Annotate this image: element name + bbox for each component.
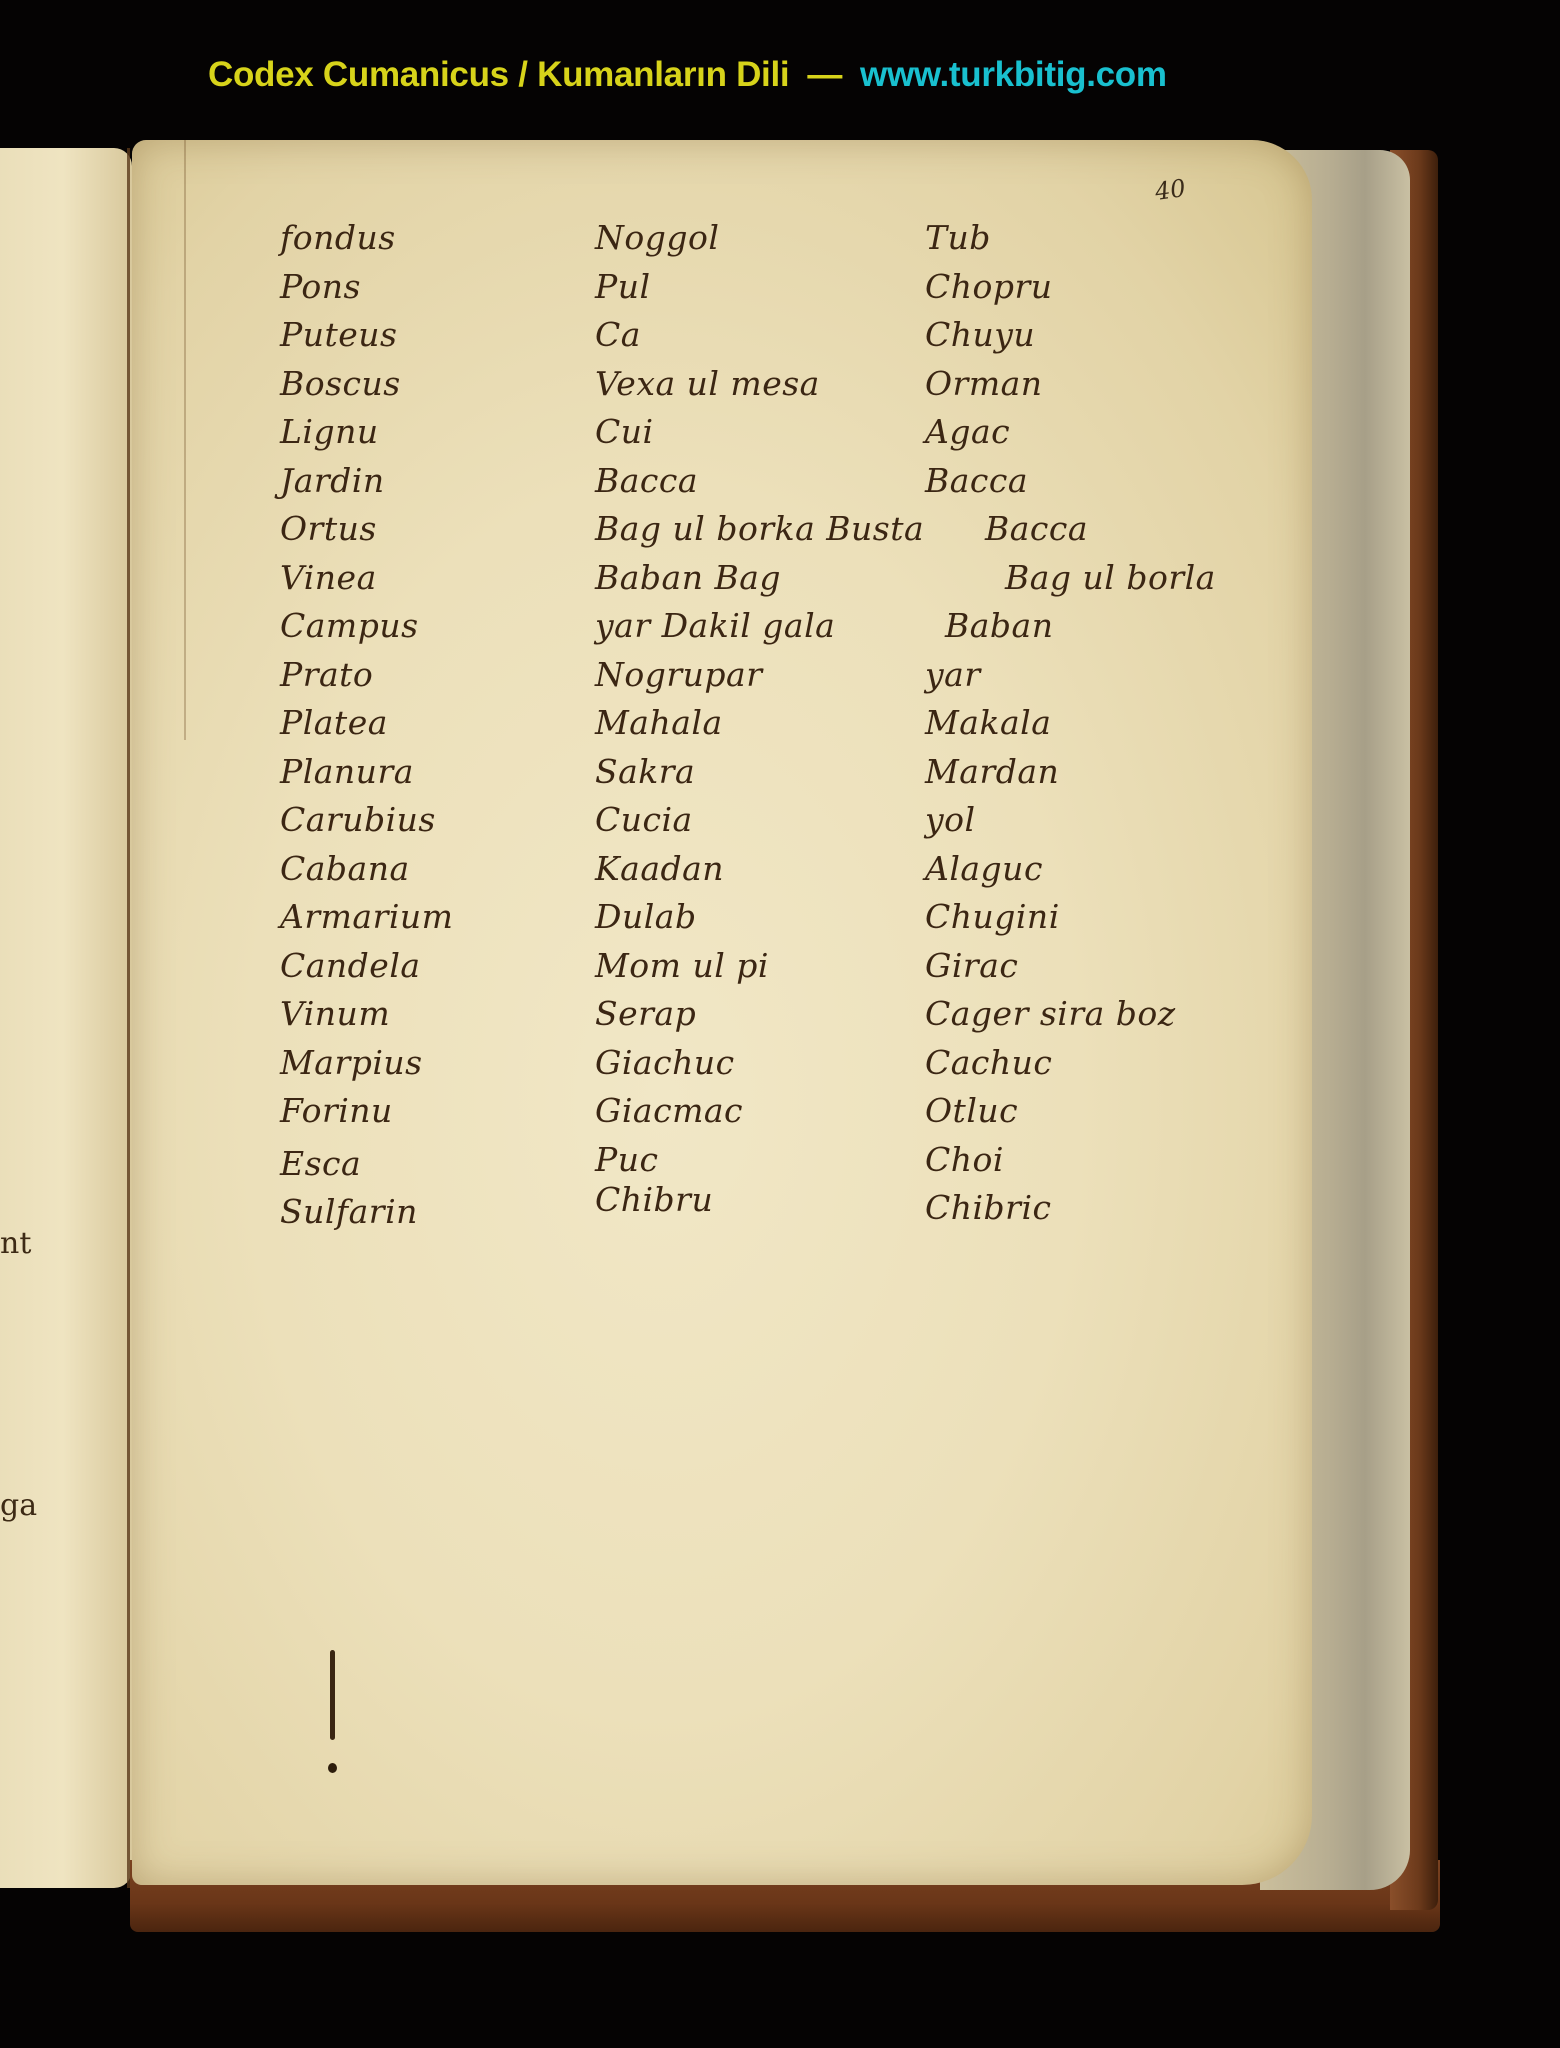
latin-entry: Puteus <box>280 315 397 354</box>
latin-entry: Planura <box>280 752 414 791</box>
ink-dot <box>328 1763 337 1773</box>
left-page-fragment: ga <box>0 1488 37 1523</box>
cuman-entry: Baban <box>945 606 1053 645</box>
latin-entry: fondus <box>280 218 396 257</box>
latin-entry: Cabana <box>280 849 410 888</box>
persian-entry: Nogrupar <box>595 655 762 694</box>
persian-entry: Puc <box>595 1140 658 1179</box>
persian-entry: Cucia <box>595 800 693 839</box>
ink-mark <box>330 1650 335 1740</box>
persian-entry: yar Dakil gala <box>595 606 835 645</box>
latin-entry: Forinu <box>280 1091 393 1130</box>
persian-entry: Chibru <box>595 1180 713 1219</box>
cuman-entry: Makala <box>925 703 1051 742</box>
persian-entry: Cui <box>595 412 654 451</box>
cuman-entry: Alaguc <box>925 849 1043 888</box>
latin-entry: Lignu <box>280 412 379 451</box>
left-page-edge: nt ga <box>0 148 132 1888</box>
manuscript-page: 40 fondusPonsPuteusBoscusLignuJardinOrtu… <box>132 140 1312 1885</box>
latin-entry: Carubius <box>280 800 436 839</box>
cuman-entry: Chuyu <box>925 315 1035 354</box>
latin-entry: Jardin <box>280 461 385 500</box>
latin-entry: Pons <box>280 267 361 306</box>
persian-entry: Ca <box>595 315 641 354</box>
folio-number: 40 <box>1153 174 1187 206</box>
persian-entry: Mahala <box>595 703 723 742</box>
latin-entry: Sulfarin <box>280 1192 418 1231</box>
persian-entry: Dulab <box>595 897 697 936</box>
cuman-entry: Cachuc <box>925 1043 1052 1082</box>
persian-entry: Kaadan <box>595 849 724 888</box>
banner-title: Codex Cumanicus / Kumanların Dili <box>208 55 789 94</box>
persian-entry: Vexa ul mesa <box>595 364 820 403</box>
persian-entry: Pul <box>595 267 651 306</box>
latin-entry: Campus <box>280 606 419 645</box>
latin-entry: Vinum <box>280 994 390 1033</box>
cuman-entry: Cager sira boz <box>925 994 1176 1033</box>
persian-entry: Mom ul pi <box>595 946 769 985</box>
page-fold-line <box>184 140 186 740</box>
banner-separator: — <box>807 55 842 94</box>
cuman-entry: Agac <box>925 412 1010 451</box>
persian-entry: Serap <box>595 994 696 1033</box>
header-banner: Codex Cumanicus / Kumanların Dili—www.tu… <box>208 55 1167 95</box>
gutter-line <box>127 148 130 1888</box>
cuman-entry: yar <box>925 655 981 694</box>
latin-entry: Platea <box>280 703 388 742</box>
banner-url-link[interactable]: www.turkbitig.com <box>860 55 1167 94</box>
persian-entry: Bacca <box>595 461 698 500</box>
latin-entry: Armarium <box>280 897 453 936</box>
persian-entry: Giacmac <box>595 1091 743 1130</box>
persian-entry: Baban Bag <box>595 558 781 597</box>
cuman-entry: yol <box>925 800 976 839</box>
latin-entry: Candela <box>280 946 421 985</box>
cuman-entry: Chopru <box>925 267 1053 306</box>
latin-entry: Marpius <box>280 1043 423 1082</box>
cuman-entry: Tub <box>925 218 991 257</box>
cuman-entry: Bag ul borla <box>1005 558 1216 597</box>
cuman-entry: Bacca <box>985 509 1088 548</box>
persian-entry: Bag ul borka Busta <box>595 509 924 548</box>
cuman-entry: Bacca <box>925 461 1028 500</box>
persian-entry: Noggol <box>595 218 719 257</box>
latin-entry: Boscus <box>280 364 401 403</box>
cuman-entry: Chugini <box>925 897 1060 936</box>
persian-entry: Sakra <box>595 752 695 791</box>
latin-entry: Esca <box>280 1144 361 1183</box>
persian-entry: Giachuc <box>595 1043 735 1082</box>
cuman-entry: Chibric <box>925 1188 1052 1227</box>
cuman-entry: Mardan <box>925 752 1059 791</box>
latin-entry: Prato <box>280 655 373 694</box>
cuman-entry: Otluc <box>925 1091 1018 1130</box>
left-page-fragment: nt <box>0 1226 31 1261</box>
latin-entry: Ortus <box>280 509 377 548</box>
cuman-entry: Choi <box>925 1140 1004 1179</box>
latin-entry: Vinea <box>280 558 377 597</box>
cuman-entry: Orman <box>925 364 1043 403</box>
cuman-entry: Girac <box>925 946 1018 985</box>
